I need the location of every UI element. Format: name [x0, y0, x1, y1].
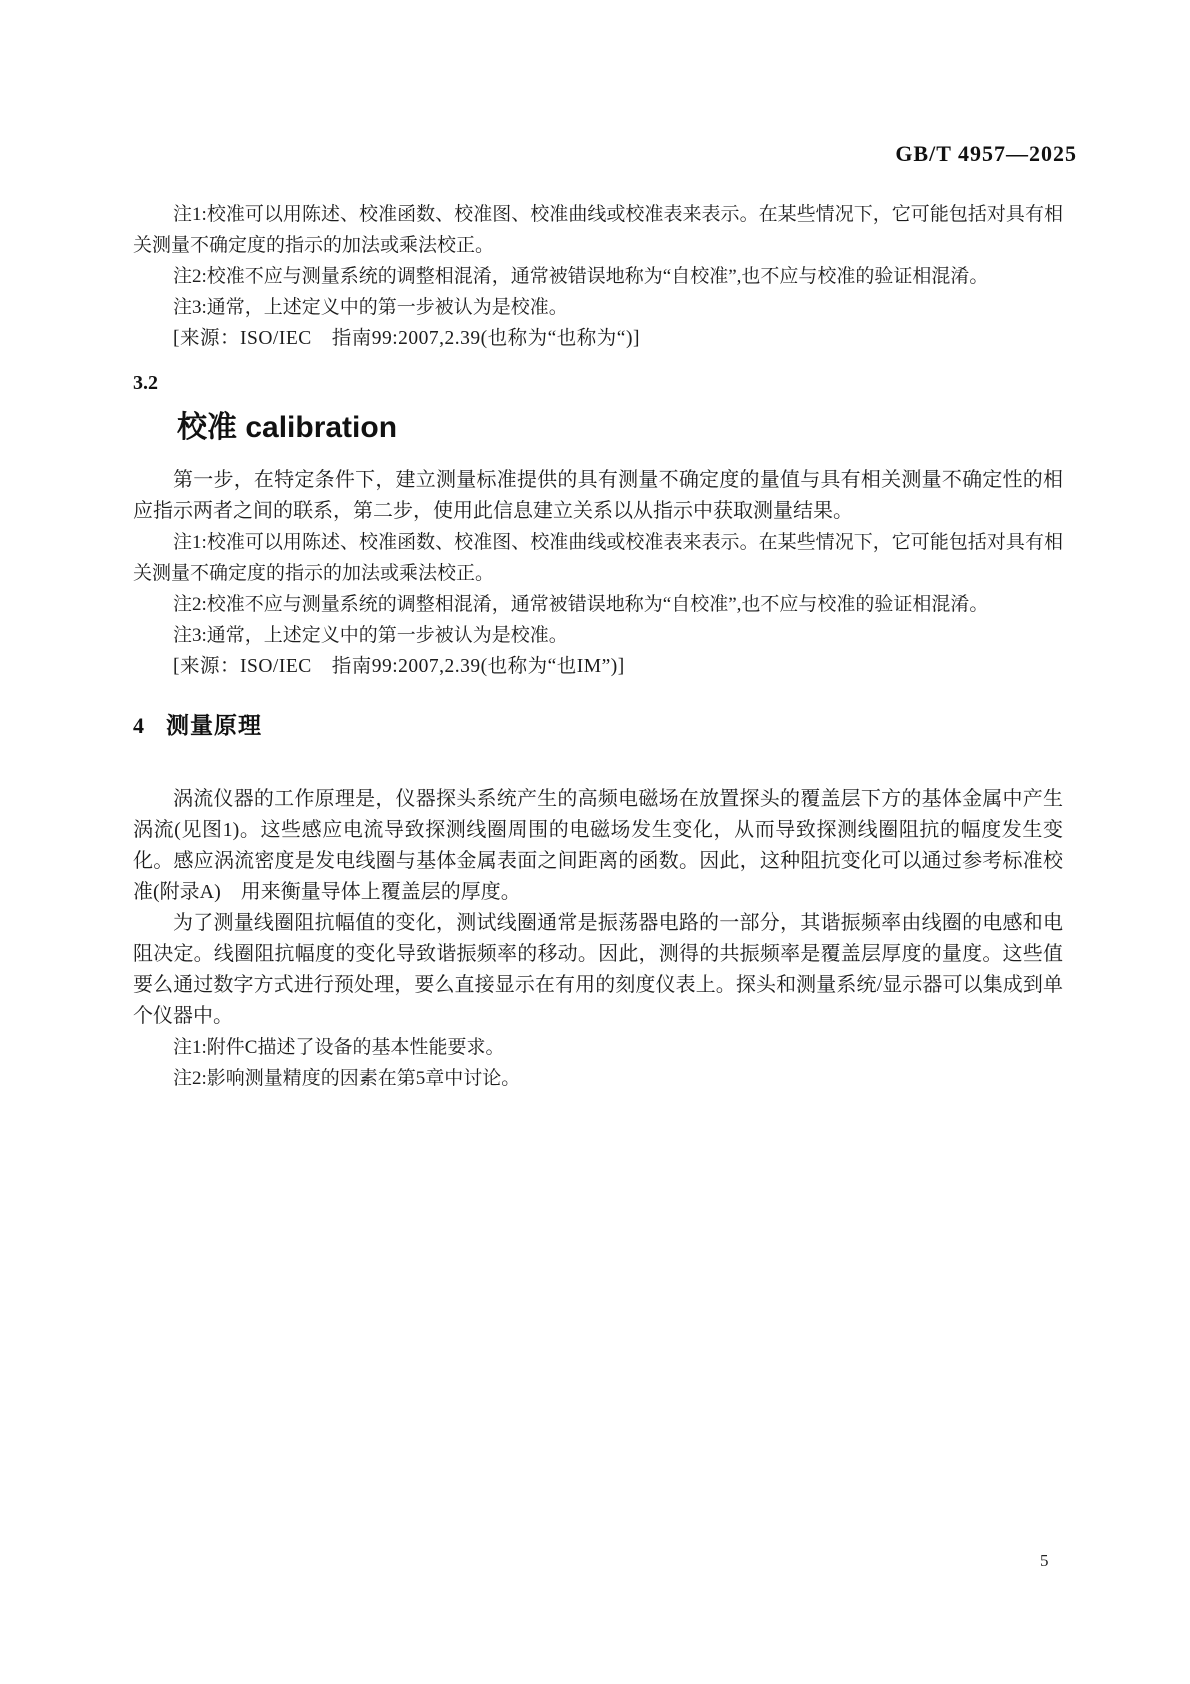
- body-paragraph: 涡流仪器的工作原理是，仪器探头系统产生的高频电磁场在放置探头的覆盖层下方的基体金…: [133, 784, 1063, 908]
- section-title: 测量原理: [166, 712, 262, 738]
- source-reference: [来源：ISO/IEC 指南99:2007,2.39(也称为“也IM”)]: [133, 651, 1063, 682]
- note-text: 注1:校准可以用陈述、校准函数、校准图、校准曲线或校准表来表示。在某些情况下，它…: [133, 527, 1063, 589]
- document-code-header: GB/T 4957—2025: [895, 141, 1077, 167]
- section-heading: 4测量原理: [133, 710, 1063, 744]
- term-heading: 校准 calibration: [177, 409, 1063, 447]
- note-text: 注3:通常，上述定义中的第一步被认为是校准。: [133, 292, 1063, 323]
- section-number: 4: [133, 713, 144, 738]
- note-text: 注1:校准可以用陈述、校准函数、校准图、校准曲线或校准表来表示。在某些情况下，它…: [133, 199, 1063, 261]
- note-text: 注2:影响测量精度的因素在第5章中讨论。: [133, 1063, 1063, 1094]
- page-number: 5: [1040, 1551, 1049, 1571]
- content-area: 注1:校准可以用陈述、校准函数、校准图、校准曲线或校准表来表示。在某些情况下，它…: [133, 199, 1063, 1094]
- body-paragraph: 第一步，在特定条件下，建立测量标准提供的具有测量不确定度的量值与具有相关测量不确…: [133, 465, 1063, 527]
- clause-number: 3.2: [133, 368, 1063, 399]
- body-paragraph: 为了测量线圈阻抗幅值的变化，测试线圈通常是振荡器电路的一部分，其谐振频率由线圈的…: [133, 908, 1063, 1032]
- note-text: 注2:校准不应与测量系统的调整相混淆，通常被错误地称为“自校准”,也不应与校准的…: [133, 589, 1063, 620]
- source-reference: [来源：ISO/IEC 指南99:2007,2.39(也称为“也称为“)]: [133, 323, 1063, 354]
- note-text: 注2:校准不应与测量系统的调整相混淆，通常被错误地称为“自校准”,也不应与校准的…: [133, 261, 1063, 292]
- note-text: 注1:附件C描述了设备的基本性能要求。: [133, 1032, 1063, 1063]
- note-text: 注3:通常，上述定义中的第一步被认为是校准。: [133, 620, 1063, 651]
